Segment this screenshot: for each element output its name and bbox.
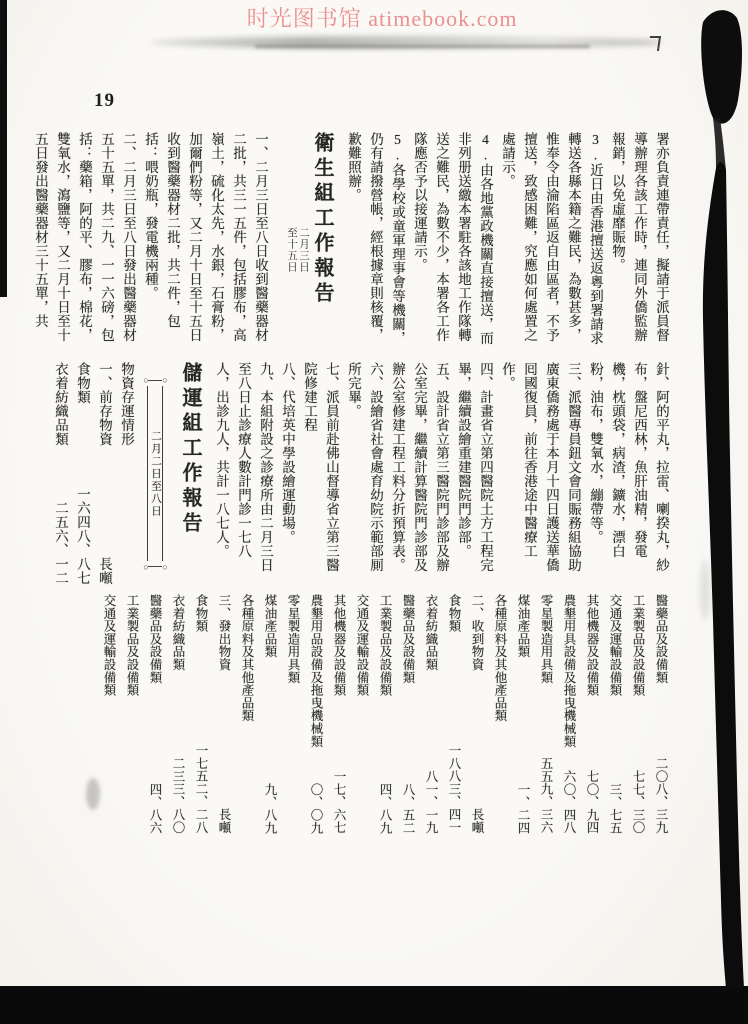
bracket-line-left [147, 386, 148, 561]
goods-category: 二、收到物資 [465, 594, 488, 671]
text-band-top: 署亦負責連帶責任，擬請于派員督導辦理各該工作時，連同外僑監辦報銷，以免虛靡賑物。… [29, 132, 672, 348]
goods-row: 三、發出物資 長噸 [212, 594, 235, 834]
goods-amount: 一、二四 [511, 783, 534, 834]
bracket-circle-icon: ○ [160, 375, 169, 386]
health-item-1: 一、二月三日至八日收到醫藥器材二批，共三一五件，包括膠布，高嶺土，硫化太先，水銀… [139, 132, 271, 348]
goods-row: 食物類 一八八三、四一 [442, 594, 465, 834]
goods-amount: 一八八三、四一 [442, 744, 465, 834]
report-item-3: 3.近日由香港擅送返粵到署請求轉送各縣本籍之難民，為數甚多，惟奉令由淪陷區返自由… [496, 132, 606, 348]
goods-category: 工業製品及設備類 [373, 594, 396, 696]
goods-category: 三、發出物資 [212, 594, 235, 671]
goods-row: 工業製品及設備類 [120, 594, 143, 834]
goods-amount: 〇、〇九 [304, 783, 327, 834]
goods-category: 衣着紡織品類 [49, 362, 71, 446]
goods-amount: 一六四八、八七 [71, 487, 93, 585]
goods-category: 各種原料及其他產品類 [235, 594, 258, 722]
text-band-middle: 針、阿的平丸，拉雷、喇揆丸，紗布，盤尼西林，魚肝油精，發電機，枕頭袋，病渣，鑛水… [49, 362, 672, 585]
goods-category: 交通及運輸設備類 [97, 594, 120, 696]
health-item-9: 九、本組附設之診療所由二月三日至八日止診療人數計門診一七八人，出診九人，共計一八… [210, 362, 276, 585]
goods-row: 食物類 一六四八、八七 [71, 362, 93, 585]
storage-section-title: 儲運組工作報告 [177, 362, 203, 585]
goods-category: 各種原料及其他產品類 [488, 594, 511, 722]
goods-row: 其他機器及設備類 七〇、九四 [580, 594, 603, 834]
goods-row: 衣着紡織品類 二五六、一二 [49, 362, 71, 585]
goods-row: 醫藥品及設備類 四、八六 [143, 594, 166, 834]
health-item-2-continuation: 針、阿的平丸，拉雷、喇揆丸，紗布，盤尼西林，魚肝油精，發電機，枕頭袋，病渣，鑛水… [584, 362, 672, 585]
goods-category: 食物類 [442, 594, 465, 632]
goods-row: 農墾用品設備及拖曳機械類 〇、〇九 [304, 594, 327, 834]
goods-row: 農墾用具設備及拖曳機械類 六〇、四八 [557, 594, 580, 834]
goods-category: 食物類 [71, 362, 93, 404]
bracket-line-right [162, 386, 163, 561]
goods-row: 衣着紡織品類 二三三、八〇 [166, 594, 189, 834]
goods-amount: 三、七五 [603, 783, 626, 834]
goods-amount: 六〇、四八 [557, 770, 580, 834]
goods-amount: 七七、三〇 [626, 770, 649, 834]
goods-category: 煤油產品類 [511, 594, 534, 658]
bracket-circle-icon: ○ [141, 375, 150, 386]
goods-category: 醫藥品及設備類 [649, 594, 672, 684]
goods-row: 各種原料及其他產品類 [235, 594, 258, 834]
page-number: 19 [94, 90, 115, 112]
goods-category: 煤油產品類 [258, 594, 281, 658]
bracket-circle-icon: ○ [141, 562, 150, 573]
health-section-date: 二月三日 至十五日 [285, 227, 309, 331]
scan-smudge-line [255, 45, 590, 48]
goods-category: 零星製造用具類 [534, 594, 557, 684]
health-section-title: 衛生組工作報告二月三日 至十五日 [278, 132, 335, 348]
goods-row: 其他機器及設備類 一七、六七 [327, 594, 350, 834]
goods-category: 衣着紡織品類 [419, 594, 442, 671]
goods-category: 工業製品及設備類 [626, 594, 649, 696]
goods-row: 煤油產品類 一、二四 [511, 594, 534, 834]
goods-category: 醫藥品及設備類 [396, 594, 419, 684]
health-item-6: 六、設繪省社會處育幼院示範部厠所完畢。 [342, 362, 386, 585]
date-bracket: ○ ○ ○ ○ 二月二日至八日 [140, 362, 170, 585]
goods-row: 交通及運輸設備類 [97, 594, 120, 834]
goods-amount: 長噸 [93, 557, 115, 585]
health-section-title-text: 衛生組工作報告 [311, 132, 333, 307]
storage-section-date: 二月二日至八日 [149, 430, 161, 518]
goods-amount: 五五九、三六 [534, 757, 557, 834]
goods-row: 工業製品及設備類 四、八九 [373, 594, 396, 834]
scan-edge-streak [700, 560, 710, 620]
goods-table-band: 醫藥品及設備類 二〇八、三九 工業製品及設備類 七七、三〇 交通及運輸設備類 三… [97, 594, 672, 834]
report-item-5: 5.各學校或童軍理事會等機關，仍有請撥營帳，經根據章則核覆，歉難照辦。 [342, 132, 408, 348]
site-watermark: 时光图书馆 atimebook.com [247, 2, 518, 33]
goods-row: 食物類 一七五二、二八 [189, 594, 212, 834]
goods-amount: 四、八六 [143, 783, 166, 834]
goods-category: 農墾用具設備及拖曳機械類 [557, 594, 580, 748]
goods-amount: 四、八九 [373, 783, 396, 834]
health-item-5: 五、設計省立第三醫院門診部及辦公室完畢，繼續計算醫院門診部及辦公室修建工程工料分… [386, 362, 452, 585]
report-item-4: 4.由各地黨政機關直接擅送，而非列册送繳本署駐各該地工作隊轉送之難民，為數不少，… [408, 132, 496, 348]
goods-row: 零星製造用具類 五五九、三六 [534, 594, 557, 834]
goods-amount: 八、五二 [396, 783, 419, 834]
goods-row: 交通及運輸設備類 三、七五 [603, 594, 626, 834]
goods-category: 衣着紡織品類 [166, 594, 189, 671]
goods-category: 交通及運輸設備類 [350, 594, 373, 696]
goods-row: 工業製品及設備類 七七、三〇 [626, 594, 649, 834]
goods-row: 醫藥品及設備類 二〇八、三九 [649, 594, 672, 834]
goods-category: 工業製品及設備類 [120, 594, 143, 696]
health-item-2: 二、二月三日至八日發出醫藥器材五十五單，共二九、一一六磅，包括：藥箱，阿的平、膠… [29, 132, 139, 348]
goods-amount: 二五六、一二 [49, 501, 71, 585]
goods-row: 二、收到物資 長噸 [465, 594, 488, 834]
health-item-3: 三、派醫專員鈕文會同賑務組協助廣東僑務處于本月十四日護送華僑囘國復員，前往香港途… [496, 362, 584, 585]
health-item-7: 七、派員前赴佛山督導省立第三醫院修建工程 [298, 362, 342, 585]
goods-row: 醫藥品及設備類 八、五二 [396, 594, 419, 834]
goods-row: 各種原料及其他產品類 [488, 594, 511, 834]
goods-amount: 長噸 [465, 808, 488, 834]
health-item-8: 八、代培英中學設繪運動場。 [276, 362, 298, 585]
goods-amount: 一七五二、二八 [189, 744, 212, 834]
goods-category: 零星製造用具類 [281, 594, 304, 684]
continuation-paragraph: 署亦負責連帶責任，擬請于派員督導辦理各該工作時，連同外僑監辦報銷，以免虛靡賑物。 [606, 132, 672, 348]
goods-amount: 九、八九 [258, 783, 281, 834]
goods-category: 其他機器及設備類 [580, 594, 603, 696]
goods-amount: 長噸 [212, 808, 235, 834]
goods-row: 交通及運輸設備類 [350, 594, 373, 834]
goods-category: 食物類 [189, 594, 212, 632]
goods-row: 衣着紡織品類 八一、一九 [419, 594, 442, 834]
goods-category: 農墾用品設備及拖曳機械類 [304, 594, 327, 748]
health-item-4: 四、計畫省立第四醫院土方工程完畢，繼續設繪重建醫院門診部。 [452, 362, 496, 585]
goods-category: 醫藥品及設備類 [143, 594, 166, 684]
goods-row: 煤油產品類 九、八九 [258, 594, 281, 834]
bracket-circle-icon: ○ [160, 562, 169, 573]
goods-amount: 二三三、八〇 [166, 757, 189, 834]
goods-category: 交通及運輸設備類 [603, 594, 626, 696]
storage-subtitle: 物資存運情形 [115, 362, 137, 585]
goods-row: 一、前存物資 長噸 [93, 362, 115, 585]
scan-corner-mark [648, 36, 661, 51]
goods-amount: 八一、一九 [419, 770, 442, 834]
goods-category: 其他機器及設備類 [327, 594, 350, 696]
goods-amount: 七〇、九四 [580, 770, 603, 834]
goods-row: 零星製造用具類 [281, 594, 304, 834]
goods-amount: 一七、六七 [327, 770, 350, 834]
goods-category: 一、前存物資 [93, 362, 115, 446]
goods-amount: 二〇八、三九 [649, 757, 672, 834]
